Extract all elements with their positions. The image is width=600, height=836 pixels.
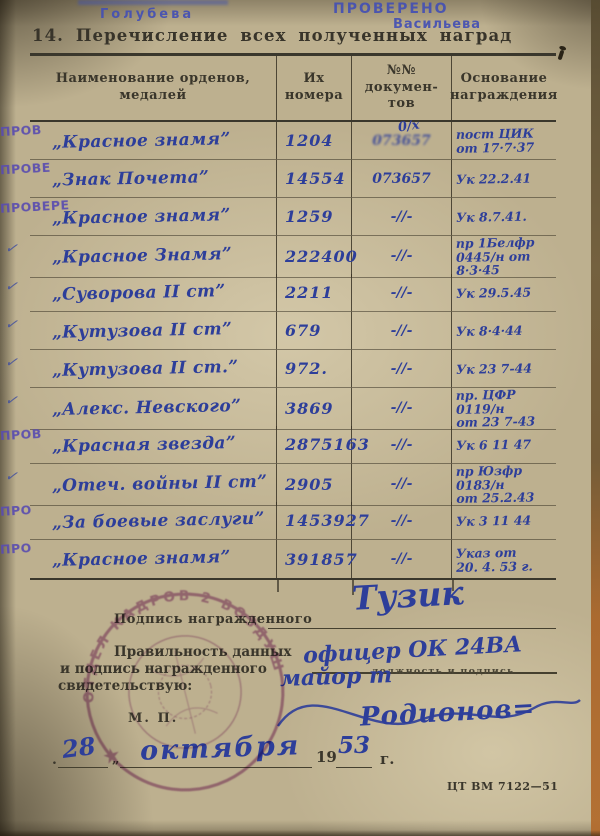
table-row: ПРОВ„Красная звезда” 2875163 -//- Ук 6 1… xyxy=(30,426,556,464)
award-number: 679 xyxy=(285,321,321,340)
award-number: 972. xyxy=(285,359,328,378)
award-name: „Красное Знамя” xyxy=(52,244,232,268)
table-row: ✓„Отеч. войны II ст” 2905 -//- пр Юзфр 0… xyxy=(30,464,556,502)
award-basis: пр. ЦФР 0119/н от 23 7-43 xyxy=(456,387,557,429)
section-title: 14. Перечисление всех полученных наград xyxy=(32,26,512,45)
checkmark: ✓ xyxy=(4,352,19,372)
ditto-mark: -//- xyxy=(391,400,413,416)
award-name: „Отеч. войны II ст” xyxy=(52,472,268,497)
star-icon: ★ xyxy=(100,742,124,770)
checked-stamp-fragment: ПРО xyxy=(0,540,32,557)
checked-stamp-fragment: ПРОВЕ xyxy=(0,160,51,178)
photo-edge-right xyxy=(591,0,600,836)
award-name: „Кутузова II ст” xyxy=(52,319,233,343)
ditto-mark: -//- xyxy=(391,437,413,453)
award-number: 222400 xyxy=(285,247,358,266)
doc-number: 073657 xyxy=(372,133,430,149)
award-name: „Красная звезда” xyxy=(52,433,236,457)
col-header-doc: №№ докумен- тов xyxy=(352,56,452,120)
award-number: 3869 xyxy=(285,399,334,418)
award-basis: пост ЦИК от 17·7·37 xyxy=(456,126,556,155)
photo-edge-bottom xyxy=(0,830,600,836)
ditto-mark: -//- xyxy=(391,361,413,377)
col-header-name: Наименование орденов, медалей xyxy=(30,56,277,120)
date-year-line xyxy=(336,767,372,768)
award-basis: пр 1Белфр 0445/н от 8·3·45 xyxy=(456,235,557,277)
table-row: ✓„Красное Знамя” 222400 -//- пр 1Белфр 0… xyxy=(30,236,556,274)
date-year-handwritten: 53 xyxy=(338,732,370,759)
table-row: ПРО„За боевые заслуги” 1453927 -//- Ук 3… xyxy=(30,502,556,540)
cut-off-stamp-smudge xyxy=(78,0,228,5)
awards-table: Наименование орденов, медалей Их номера … xyxy=(30,53,556,580)
award-number: 14554 xyxy=(285,169,346,188)
checkmark: ✓ xyxy=(4,390,19,410)
award-basis: пр Юзфр 0183/н от 25.2.43 xyxy=(456,463,557,505)
award-name: „Алекс. Невского” xyxy=(52,396,242,420)
table-row: ✓„Кутузова II ст” 679 -//- Ук 8·4·44 xyxy=(30,312,556,350)
table-row: ✓„Алекс. Невского” 3869 -//- пр. ЦФР 011… xyxy=(30,388,556,426)
award-basis: Ук 22.2.41 xyxy=(456,171,556,186)
verified-stamp: ПРОВЕРЕНО xyxy=(333,1,449,17)
ditto-mark: -//- xyxy=(391,248,413,264)
checked-stamp-fragment: ПРОВ xyxy=(0,122,42,139)
awardee-signature: Тузик xyxy=(351,573,465,618)
table-header-row: Наименование орденов, медалей Их номера … xyxy=(30,56,556,122)
ditto-mark: -//- xyxy=(391,551,413,567)
checked-stamp-fragment: ПРО xyxy=(0,502,32,519)
award-number: 1259 xyxy=(285,207,334,226)
svg-text:ОТДЕЛ КАДРОВ 2 ВОЗДУШНОЙ: ОТДЕЛ КАДРОВ 2 ВОЗДУШНОЙ xyxy=(61,568,287,723)
award-basis: Ук 6 11 47 xyxy=(456,437,556,452)
award-basis: Ук 29.5.45 xyxy=(456,285,556,300)
award-name: „Красное знамя” xyxy=(52,205,231,229)
award-number: 1204 xyxy=(285,131,334,150)
ditto-mark: -//- xyxy=(391,209,413,225)
date-year-suffix: г. xyxy=(380,750,394,768)
award-basis: Указ от 20. 4. 53 г. xyxy=(456,545,556,574)
checked-stamp-fragment: ПРОВ xyxy=(0,426,42,443)
checkmark: ✓ xyxy=(4,276,19,296)
ditto-mark: -//- xyxy=(391,476,413,492)
award-name: „Кутузова II ст.” xyxy=(52,357,239,381)
checkmark: ✓ xyxy=(4,466,19,486)
award-number: 2905 xyxy=(285,475,334,494)
table-row: ПРО„Красное знамя” 391857 -//- Указ от 2… xyxy=(30,540,556,578)
ditto-mark: -//- xyxy=(391,323,413,339)
award-basis: Ук 8.7.41. xyxy=(456,209,556,224)
award-name: „Суворова II ст” xyxy=(52,281,226,305)
signature-line xyxy=(268,628,556,629)
table-row: ПРОВЕ„Знак Почета” 14554 073657 Ук 22.2.… xyxy=(30,160,556,198)
award-name: „Красное знамя” xyxy=(52,129,231,153)
ditto-mark: -//- xyxy=(391,285,413,301)
date-dot: . xyxy=(52,752,57,768)
award-number: 391857 xyxy=(285,550,358,569)
col-header-number: Их номера xyxy=(277,56,352,120)
award-basis: Ук 3 11 44 xyxy=(456,513,556,528)
table-row: ПРОВЕРЕ„Красное знамя” 1259 -//- Ук 8.7.… xyxy=(30,198,556,236)
ditto-mark: -//- xyxy=(391,513,413,529)
stamp-ring-text: ОТДЕЛ КАДРОВ 2 ВОЗДУШНОЙ xyxy=(61,568,287,723)
table-row: ✓„Суворова II ст” 2211 -//- Ук 29.5.45 xyxy=(30,274,556,312)
doc-number: 073657 xyxy=(372,171,430,187)
award-name: „Красное знамя” xyxy=(52,547,231,571)
clerk-name-stamp: Голубева xyxy=(100,7,194,22)
checkmark: ✓ xyxy=(4,238,19,258)
award-number: 2211 xyxy=(285,283,334,302)
award-basis: Ук 23 7-44 xyxy=(456,361,556,376)
table-line-stub xyxy=(277,579,279,592)
award-name: „За боевые заслуги” xyxy=(52,508,265,532)
table-row: ПРОВ„Красное знамя” 1204 0/х073657 пост … xyxy=(30,122,556,160)
checkmark: ✓ xyxy=(4,314,19,334)
round-office-stamp: ОТДЕЛ КАДРОВ 2 ВОЗДУШНОЙ ★ xyxy=(61,568,308,815)
scanned-award-document: Голубева ПРОВЕРЕНО Васильева 14. Перечис… xyxy=(0,0,600,836)
form-code: ЦТ ВМ 7122—51 xyxy=(447,780,558,793)
col-header-basis: Основание награждения xyxy=(452,56,556,120)
award-name: „Знак Почета” xyxy=(52,167,210,190)
award-basis: Ук 8·4·44 xyxy=(456,323,556,338)
date-year-printed: 19 xyxy=(316,748,337,766)
ink-mark xyxy=(558,50,565,61)
table-row: ✓„Кутузова II ст.” 972. -//- Ук 23 7-44 xyxy=(30,350,556,388)
